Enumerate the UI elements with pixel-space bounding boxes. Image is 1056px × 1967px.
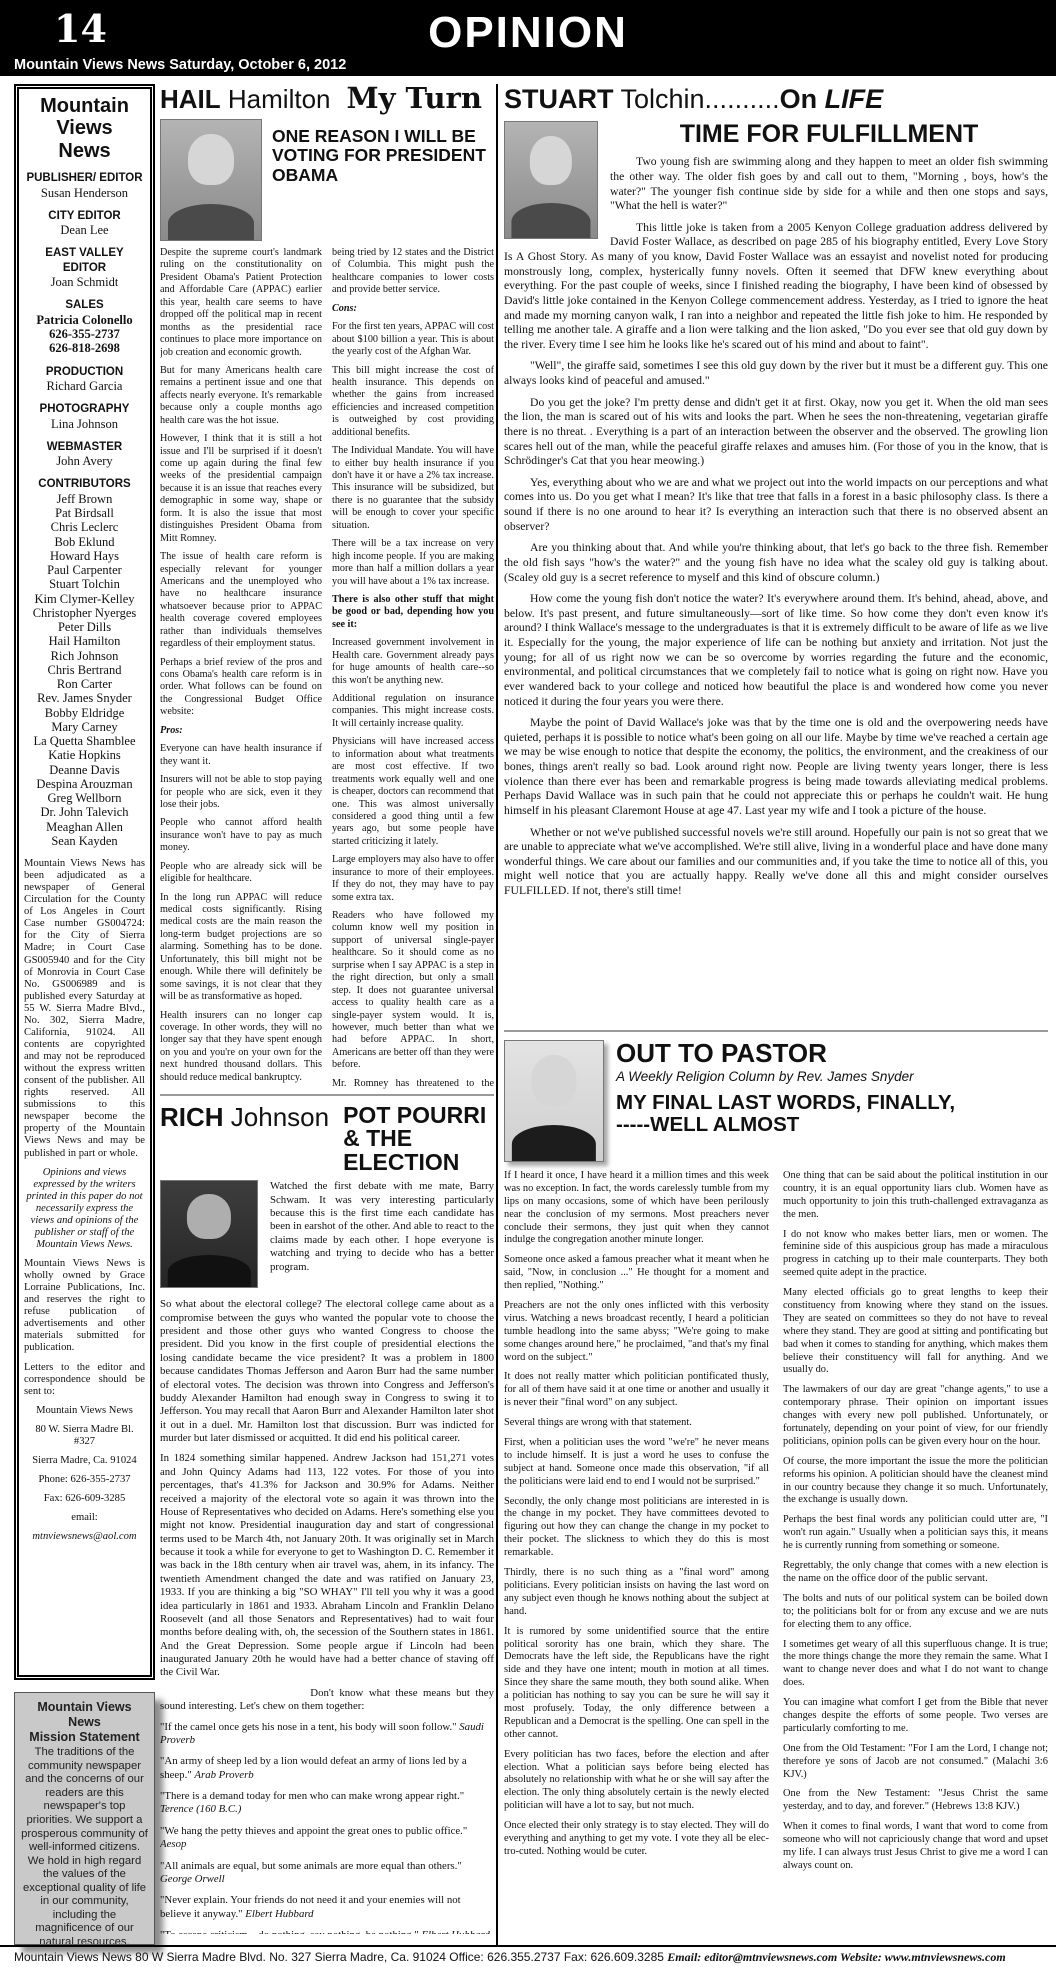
footer-address: Mountain Views News 80 W Sierra Madre Bl… [14, 1950, 667, 1964]
hamilton-article-body: Despite the supreme court's landmark rul… [160, 247, 494, 1090]
masthead-legal-text: Mountain Views News has been adjudicated… [24, 858, 145, 1543]
staff-name: Paul Carpenter [24, 563, 145, 577]
staff-name: Ron Carter [24, 677, 145, 691]
staff-name: John Avery [24, 454, 145, 468]
paragraph: However, I think that it is still a hot … [160, 433, 322, 545]
paragraph: Physicians will have increased access to… [332, 736, 494, 848]
staff-block: SALESPatricia Colonello626-355-2737626-8… [24, 298, 145, 355]
quote: "To escape criticism – do nothing, say n… [160, 1929, 494, 1934]
staff-role: EAST VALLEY EDITOR [24, 246, 145, 275]
staff-name: Susan Henderson [24, 186, 145, 200]
johnson-quotes-list: "If the camel once gets his nose in a te… [160, 1721, 494, 1934]
staff-name: Richard Garcia [24, 379, 145, 393]
middle-column: HAIL Hamilton My Turn ONE REASON I WILL … [160, 84, 494, 1945]
paragraph: Secondly, the only change most politicia… [504, 1496, 769, 1560]
staff-role: PHOTOGRAPHY [24, 402, 145, 416]
tolchin-article: STUART Tolchin..........On LIFE TIME FOR… [504, 84, 1048, 1028]
paragraph: mtnviewsnews@aol.com [24, 1531, 145, 1543]
staff-block: WEBMASTERJohn Avery [24, 440, 145, 469]
staff-name: Stuart Tolchin [24, 577, 145, 591]
quote-attribution: Terence (160 B.C.) [160, 1803, 241, 1815]
staff-name: Rev. James Snyder [24, 691, 145, 705]
paragraph: Despite the supreme court's landmark rul… [160, 247, 322, 359]
rich-johnson-photo [160, 1180, 258, 1288]
staff-name: Lina Johnson [24, 417, 145, 431]
quote: "We hang the petty thieves and appoint t… [160, 1825, 494, 1852]
paragraph: Every politician has two faces, before t… [504, 1749, 769, 1813]
paragraph: I sometimes get weary of all this superf… [783, 1639, 1048, 1691]
paragraph: It is rumored by some unidentified sourc… [504, 1626, 769, 1742]
paragraph: This little joke is taken from a 2005 Ke… [504, 221, 1048, 353]
paragraph: Sierra Madre, Ca. 91024 [24, 1455, 145, 1467]
middle-column-divider [160, 1094, 494, 1096]
staff-name: Jeff Brown [24, 492, 145, 506]
paragraph: Mountain Views News is wholly owned by G… [24, 1258, 145, 1355]
staff-role: PUBLISHER/ EDITOR [24, 171, 145, 185]
staff-name: 626-818-2698 [24, 341, 145, 355]
staff-name: Christopher Nyerges [24, 606, 145, 620]
pastor-article: OUT TO PASTOR A Weekly Religion Column b… [504, 1040, 1048, 1938]
paragraph: Insurers will not be able to stop paying… [160, 774, 322, 811]
tolchin-brand-on: On [780, 84, 825, 114]
staff-block: PRODUCTIONRichard Garcia [24, 365, 145, 394]
paragraph: Mr. Romney has threatened to the dismant… [332, 1078, 494, 1090]
paragraph: The lawmakers of our day are great "chan… [783, 1384, 1048, 1448]
paragraph: People who cannot afford health insuranc… [160, 817, 322, 854]
hamilton-article: HAIL Hamilton My Turn ONE REASON I WILL … [160, 84, 494, 1090]
paragraph: Thirdly, there is no such thing as a "fi… [504, 1567, 769, 1619]
paragraph: Large employers may also have to offer i… [332, 854, 494, 904]
johnson-header: RICH Johnson POT POURRI & THE ELECTION [160, 1104, 494, 1174]
staff-role: CITY EDITOR [24, 209, 145, 223]
pastor-column-subtitle: A Weekly Religion Column by Rev. James S… [616, 1069, 955, 1084]
james-snyder-photo [504, 1040, 604, 1162]
staff-name: Peter Dills [24, 620, 145, 634]
johnson-article-body: So what about the electoral college? The… [160, 1298, 494, 1713]
paragraph: One thing that can be said about the pol… [783, 1170, 1048, 1222]
paragraph: If I heard it once, I have heard it a mi… [504, 1170, 769, 1247]
paragraph: First, when a politician uses the word "… [504, 1437, 769, 1489]
paragraph: You can imagine what comfort I get from … [783, 1697, 1048, 1736]
paragraph: email: [24, 1512, 145, 1524]
quote: "There is a demand today for men who can… [160, 1790, 494, 1817]
staff-name: Chris Bertrand [24, 663, 145, 677]
paragraph: Opinions and views expressed by the writ… [24, 1167, 145, 1251]
paragraph: Whether or not we've published successfu… [504, 826, 1048, 899]
masthead-title: Mountain Views News [24, 95, 145, 162]
banner-date-line: Mountain Views News Saturday, October 6,… [14, 57, 346, 73]
staff-name: Howard Hays [24, 549, 145, 563]
staff-role: CONTRIBUTORS [24, 477, 145, 491]
pastor-column-title: OUT TO PASTOR [616, 1040, 955, 1066]
hamilton-header-row2: ONE REASON I WILL BE VOTING FOR PRESIDEN… [160, 119, 494, 241]
pastor-headline: MY FINAL LAST WORDS, FINALLY, -----WELL … [616, 1092, 955, 1135]
johnson-article: RICH Johnson POT POURRI & THE ELECTION W… [160, 1104, 494, 1934]
footer-contact-links: Email: editor@mtnviewsnews.com Website: … [667, 1950, 1005, 1964]
hamilton-kicker: HAIL Hamilton [160, 86, 331, 112]
paragraph: How come the young fish don't notice the… [504, 592, 1048, 709]
paragraph: Don't know what these means but they sou… [160, 1687, 494, 1714]
staff-name: Pat Birdsall [24, 506, 145, 520]
paragraph: Mountain Views News has been adjudicated… [24, 858, 145, 1160]
paragraph: Preachers are not the only ones inflicte… [504, 1300, 769, 1364]
paragraph: The bolts and nuts of our political syst… [783, 1593, 1048, 1632]
staff-name: Greg Wellborn [24, 791, 145, 805]
quote-attribution: Elbert Hubbard [421, 1929, 489, 1934]
quote: "Never explain. Your friends do not need… [160, 1894, 494, 1921]
staff-name: Rich Johnson [24, 649, 145, 663]
quote: "If the camel once gets his nose in a te… [160, 1721, 494, 1748]
staff-name: Patricia Colonello [24, 313, 145, 327]
paragraph: Increased government involvement in Heal… [332, 637, 494, 687]
right-column: STUART Tolchin..........On LIFE TIME FOR… [504, 84, 1048, 1945]
johnson-headline: POT POURRI & THE ELECTION [343, 1104, 494, 1174]
staff-name: Kim Clymer-Kelley [24, 592, 145, 606]
paragraph: Regrettably, the only change that comes … [783, 1560, 1048, 1586]
paragraph: 80 W. Sierra Madre Bl. #327 [24, 1424, 145, 1448]
paragraph: For the first ten years, APPAC will cost… [332, 321, 494, 358]
pastor-header: OUT TO PASTOR A Weekly Religion Column b… [504, 1040, 1048, 1162]
quote-attribution: Saudi Proverb [160, 1721, 484, 1746]
right-column-divider [504, 1030, 1048, 1032]
my-turn-brand: My Turn [347, 84, 482, 113]
johnson-kicker: RICH Johnson [160, 1104, 329, 1130]
pastor-titles: OUT TO PASTOR A Weekly Religion Column b… [616, 1040, 955, 1162]
paragraph: Phone: 626-355-2737 [24, 1474, 145, 1486]
mission-title-line2: Mission Statement [20, 1730, 149, 1745]
tolchin-kicker: STUART Tolchin..........On LIFE [504, 84, 1048, 115]
staff-role: PRODUCTION [24, 365, 145, 379]
hail-hamilton-photo [160, 119, 262, 241]
paragraph: So what about the electoral college? The… [160, 1298, 494, 1445]
paragraph: The Individual Mandate. You will have to… [332, 445, 494, 532]
paragraph: Everyone can have health insurance if th… [160, 743, 322, 768]
tolchin-kicker-bold: STUART [504, 84, 614, 114]
staff-name: Bobby Eldridge [24, 706, 145, 720]
staff-role: SALES [24, 298, 145, 312]
paragraph: Perhaps the best final words any politic… [783, 1514, 1048, 1553]
staff-name: Dr. John Talevich [24, 805, 145, 819]
staff-name: Hail Hamilton [24, 634, 145, 648]
staff-name: Despina Arouzman [24, 777, 145, 791]
paragraph: Pros: [160, 725, 322, 737]
staff-block: EAST VALLEY EDITORJoan Schmidt [24, 246, 145, 289]
quote: "All animals are equal, but some animals… [160, 1860, 494, 1887]
staff-name: Joan Schmidt [24, 275, 145, 289]
pastor-headline-line1: MY FINAL LAST WORDS, FINALLY, [616, 1092, 955, 1114]
paragraph: Fax: 626-609-3285 [24, 1493, 145, 1505]
paragraph: One from the New Testament: "Jesus Chris… [783, 1788, 1048, 1814]
johnson-lede: Watched the first debate with me mate, B… [270, 1180, 494, 1288]
staff-name: Katie Hopkins [24, 748, 145, 762]
paragraph: Perhaps a brief review of the pros and c… [160, 657, 322, 719]
quote: "An army of sheep led by a lion would de… [160, 1755, 494, 1782]
paragraph: When it comes to final words, I want tha… [783, 1821, 1048, 1873]
paragraph: The issue of health care reform is espec… [160, 551, 322, 651]
tolchin-article-body: Two young fish are swimming along and th… [504, 155, 1048, 898]
masthead-title-line: Views [24, 117, 145, 139]
paragraph: Many elected officials go to great lengt… [783, 1287, 1048, 1377]
newspaper-opinion-page: { "banner": { "page_number": "14", "sect… [0, 0, 1056, 1967]
staff-block: CONTRIBUTORSJeff BrownPat BirdsallChris … [24, 477, 145, 848]
paragraph: There is also other stuff that might be … [332, 594, 494, 631]
masthead-title-line: Mountain [24, 95, 145, 117]
page-banner: 14 OPINION Mountain Views News Saturday,… [0, 0, 1056, 76]
quote-attribution: Elbert Hubbard [245, 1908, 313, 1920]
staff-name: 626-355-2737 [24, 327, 145, 341]
mission-body: The traditions of the community newspape… [20, 1746, 149, 1945]
paragraph: Health insurers can no longer cap covera… [160, 1010, 322, 1085]
column-divider-rule [496, 84, 498, 1945]
paragraph: In 1824 something similar happened. Andr… [160, 1452, 494, 1679]
paragraph: It does not really matter which politici… [504, 1371, 769, 1410]
hamilton-headline: ONE REASON I WILL BE VOTING FOR PRESIDEN… [272, 127, 494, 241]
stuart-tolchin-photo [504, 121, 598, 239]
mission-title-line1: Mountain Views News [20, 1700, 149, 1730]
paragraph: Yes, everything about who we are and wha… [504, 476, 1048, 535]
section-title: OPINION [0, 8, 1056, 58]
hamilton-kicker-bold: HAIL [160, 84, 221, 114]
paragraph: Letters to the editor and correspondence… [24, 1362, 145, 1398]
paragraph: Cons: [332, 303, 494, 315]
staff-name: Dean Lee [24, 223, 145, 237]
staff-name: Bob Eklund [24, 535, 145, 549]
masthead-staff-list: PUBLISHER/ EDITORSusan HendersonCITY EDI… [24, 171, 145, 848]
paragraph: Someone once asked a famous preacher wha… [504, 1254, 769, 1293]
johnson-header-row2: Watched the first debate with me mate, B… [160, 1180, 494, 1288]
paragraph: In the long run APPAC will reduce medica… [160, 892, 322, 1004]
quote-attribution: George Orwell [160, 1873, 225, 1885]
page-footer: Mountain Views News 80 W Sierra Madre Bl… [0, 1945, 1056, 1967]
staff-name: Chris Leclerc [24, 520, 145, 534]
staff-block: CITY EDITORDean Lee [24, 209, 145, 238]
paragraph: This bill might increase the cost of hea… [332, 365, 494, 440]
staff-name: Mary Carney [24, 720, 145, 734]
hamilton-header: HAIL Hamilton My Turn [160, 84, 494, 113]
paragraph: Additional regulation on insurance compa… [332, 693, 494, 730]
pastor-article-body: If I heard it once, I have heard it a mi… [504, 1170, 1048, 1873]
staff-block: PHOTOGRAPHYLina Johnson [24, 402, 145, 431]
mission-statement-box: Mountain Views News Mission Statement Th… [14, 1692, 155, 1945]
paragraph: Several things are wrong with that state… [504, 1417, 769, 1430]
masthead-box: Mountain Views News PUBLISHER/ EDITORSus… [14, 84, 155, 1680]
quote-attribution: Aesop [160, 1838, 186, 1850]
staff-role: WEBMASTER [24, 440, 145, 454]
hamilton-kicker-rest: Hamilton [221, 84, 331, 114]
paragraph: Mountain Views News [24, 1405, 145, 1417]
staff-name: La Quetta Shamblee [24, 734, 145, 748]
paragraph: But for many Americans health care remai… [160, 365, 322, 427]
paragraph: I do not know who makes better liars, me… [783, 1229, 1048, 1281]
paragraph: One from the Old Testament: "For I am th… [783, 1743, 1048, 1782]
masthead-title-line: News [24, 140, 145, 162]
paragraph: Do you get the joke? I'm pretty dense an… [504, 396, 1048, 469]
tolchin-brand-life: LIFE [825, 84, 884, 114]
paragraph: Once elected their only strategy is to s… [504, 1820, 769, 1859]
staff-block: PUBLISHER/ EDITORSusan Henderson [24, 171, 145, 200]
paragraph: Maybe the point of David Wallace's joke … [504, 716, 1048, 818]
quote-attribution: Arab Proverb [194, 1769, 253, 1781]
paragraph: Are you thinking about that. And while y… [504, 541, 1048, 585]
paragraph: There will be a tax increase on very hig… [332, 538, 494, 588]
staff-name: Meaghan Allen [24, 820, 145, 834]
paragraph: Of course, the more important the issue … [783, 1456, 1048, 1508]
johnson-kicker-bold: RICH [160, 1104, 224, 1132]
paragraph: "Well", the giraffe said, sometimes I se… [504, 359, 1048, 388]
johnson-kicker-rest: Johnson [224, 1104, 330, 1132]
pastor-headline-line2: -----WELL ALMOST [616, 1114, 955, 1136]
paragraph: People who are already sick will be elig… [160, 861, 322, 886]
staff-name: Sean Kayden [24, 834, 145, 848]
paragraph: Readers who have followed my column know… [332, 910, 494, 1072]
tolchin-kicker-rest: Tolchin.......... [614, 84, 780, 114]
staff-name: Deanne Davis [24, 763, 145, 777]
